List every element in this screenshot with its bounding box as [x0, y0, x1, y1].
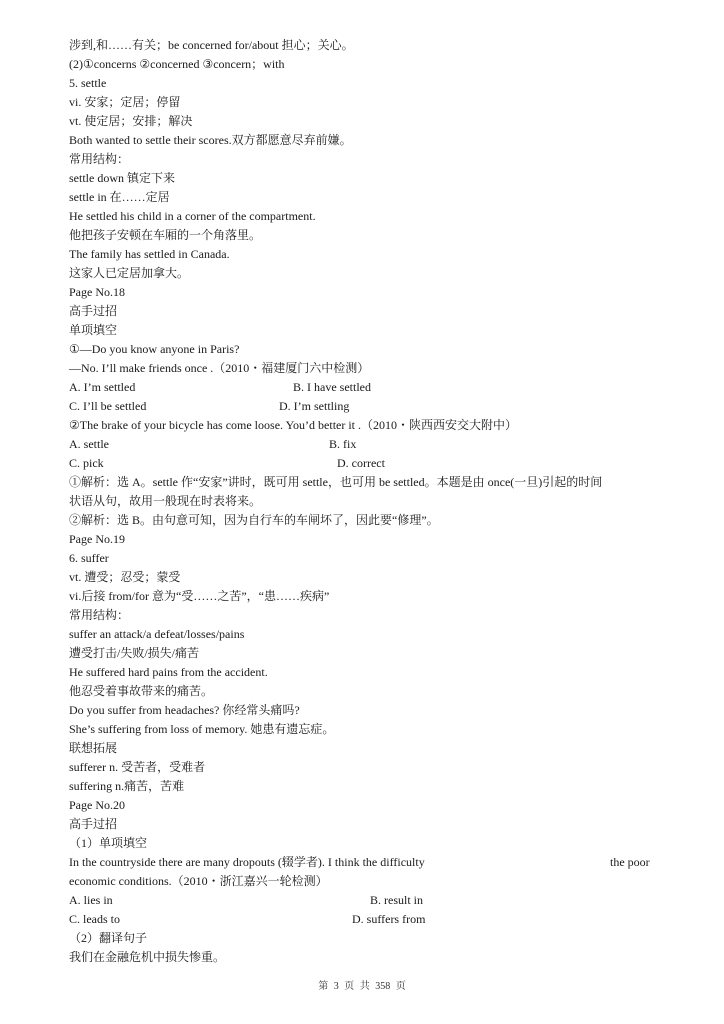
- question-line: economic conditions.（2010・浙江嘉兴一轮检测）: [69, 873, 328, 889]
- text-line: 常用结构：: [69, 607, 129, 623]
- text-line: （2）翻译句子: [69, 930, 147, 946]
- option-a: A. settle: [69, 436, 109, 452]
- answer-explanation: ①解析：选 A。settle 作“安家”讲时，既可用 settle，也可用 be…: [69, 474, 602, 490]
- option-a: A. I’m settled: [69, 379, 135, 395]
- option-c: C. pick: [69, 455, 104, 471]
- text-line: 涉到,和……有关；be concerned for/about 担心；关心。: [69, 37, 354, 53]
- section-heading: 5. settle: [69, 75, 106, 91]
- page-number-marker: Page No.18: [69, 284, 125, 300]
- answer-explanation: 状语从句，故用一般现在时表将来。: [69, 493, 261, 509]
- text-line: 这家人已定居加拿大。: [69, 265, 189, 281]
- text-line: Do you suffer from headaches? 你经常头痛吗?: [69, 702, 300, 718]
- option-d: D. suffers from: [352, 911, 425, 927]
- section-heading: 6. suffer: [69, 550, 109, 566]
- text-line: vt. 遭受；忍受；蒙受: [69, 569, 180, 585]
- text-line: 单项填空: [69, 322, 117, 338]
- option-d: D. I’m settling: [279, 398, 349, 414]
- option-b: B. I have settled: [293, 379, 371, 395]
- text-line: settle down 镇定下来: [69, 170, 175, 186]
- text-line: He suffered hard pains from the accident…: [69, 664, 268, 680]
- text-line: He settled his child in a corner of the …: [69, 208, 316, 224]
- text-line: 他忍受着事故带来的痛苦。: [69, 683, 213, 699]
- question-line: —No. I’ll make friends once .（2010・福建厦门六…: [69, 360, 369, 376]
- text-line: 我们在金融危机中损失惨重。: [69, 949, 225, 965]
- text-line: 遭受打击/失败/损失/痛苦: [69, 645, 199, 661]
- question-line: ①—Do you know anyone in Paris?: [69, 341, 239, 357]
- text-line: 高手过招: [69, 303, 117, 319]
- text-line: She’s suffering from loss of memory. 她患有…: [69, 721, 334, 737]
- text-line: 高手过招: [69, 816, 117, 832]
- text-line: 联想拓展: [69, 740, 117, 756]
- answer-explanation: ②解析：选 B。由句意可知，因为自行车的车闸坏了，因此要“修理”。: [69, 512, 439, 528]
- text-line: settle in 在……定居: [69, 189, 170, 205]
- option-b: B. fix: [329, 436, 356, 452]
- question-line: In the countryside there are many dropou…: [69, 854, 425, 870]
- text-line: vt. 使定居；安排；解决: [69, 113, 192, 129]
- text-line: suffer an attack/a defeat/losses/pains: [69, 626, 244, 642]
- option-d: D. correct: [337, 455, 385, 471]
- text-line: The family has settled in Canada.: [69, 246, 230, 262]
- text-line: vi.后接 from/for 意为“受……之苦”，“患……疾病”: [69, 588, 329, 604]
- text-line: （1）单项填空: [69, 835, 147, 851]
- text-line: suffering n.痛苦，苦难: [69, 778, 184, 794]
- option-c: C. leads to: [69, 911, 120, 927]
- text-line: vi. 安家；定居；停留: [69, 94, 180, 110]
- text-line: 常用结构：: [69, 151, 129, 167]
- page-number-marker: Page No.20: [69, 797, 125, 813]
- text-line: sufferer n. 受苦者，受难者: [69, 759, 205, 775]
- option-a: A. lies in: [69, 892, 113, 908]
- page-number-marker: Page No.19: [69, 531, 125, 547]
- text-line: 他把孩子安顿在车厢的一个角落里。: [69, 227, 261, 243]
- question-line-tail: the poor: [610, 854, 650, 870]
- question-line: ②The brake of your bicycle has come loos…: [69, 417, 517, 433]
- text-line: (2)①concerns ②concerned ③concern；with: [69, 56, 285, 72]
- option-b: B. result in: [370, 892, 423, 908]
- option-c: C. I’ll be settled: [69, 398, 146, 414]
- page-footer: 第 3 页 共 358 页: [0, 977, 724, 992]
- text-line: Both wanted to settle their scores.双方都愿意…: [69, 132, 352, 148]
- document-page: 涉到,和……有关；be concerned for/about 担心；关心。 (…: [0, 0, 724, 1024]
